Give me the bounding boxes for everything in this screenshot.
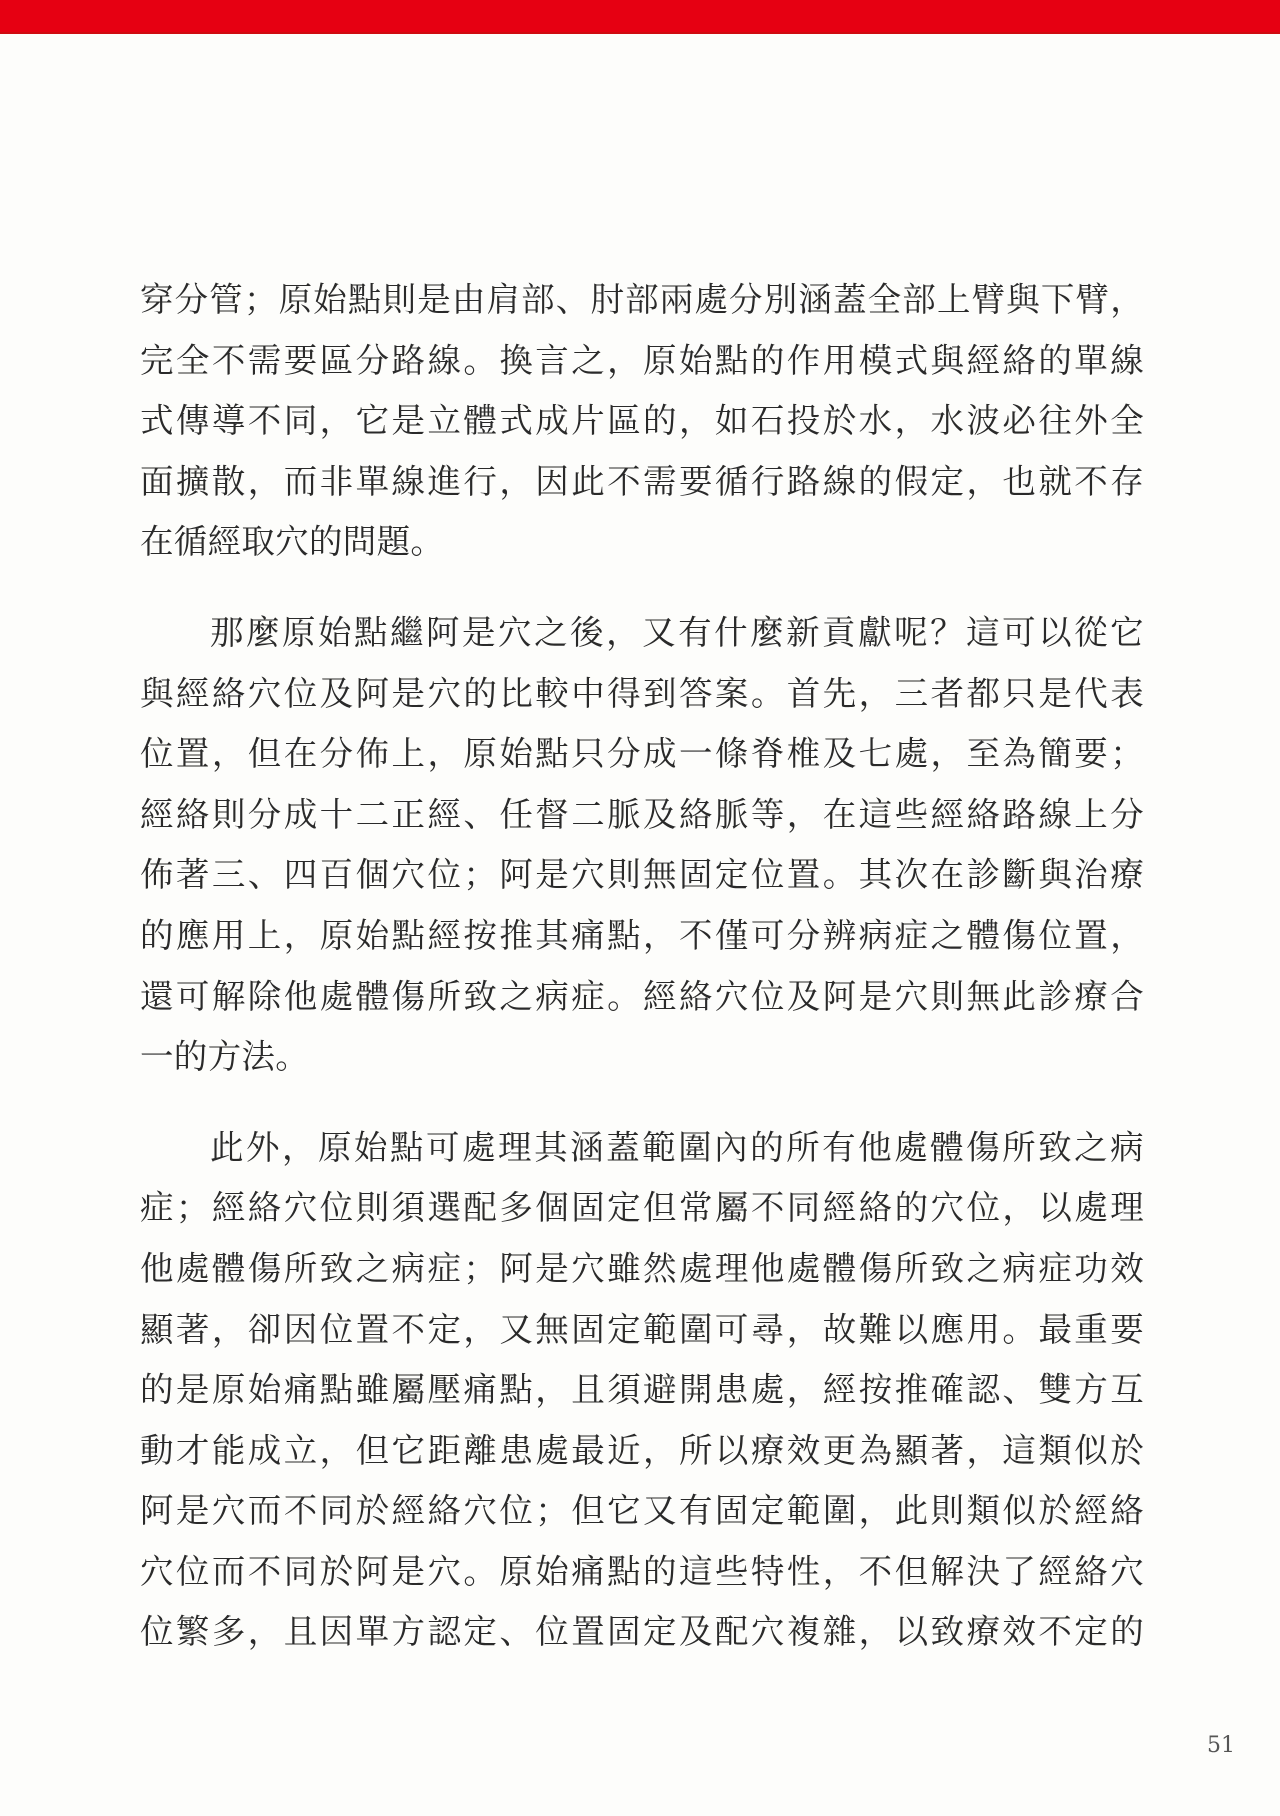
paragraph-3: 此外，原始點可處理其涵蓋範圍內的所有他處體傷所致之病 症；經絡穴位則須選配多個固… [140,1118,1144,1663]
paragraph-1: 穿分管；原始點則是由肩部、肘部兩處分別涵蓋全部上臂與下臂， 完全不需要區分路線。… [140,270,1144,573]
text-line: 面擴散，而非單線進行，因此不需要循行路線的假定，也就不存 [140,452,1144,513]
text-line: 穿分管；原始點則是由肩部、肘部兩處分別涵蓋全部上臂與下臂， [140,270,1144,331]
text-line: 穴位而不同於阿是穴。原始痛點的這些特性，不但解決了經絡穴 [140,1542,1144,1603]
text-line: 經絡則分成十二正經、任督二脈及絡脈等，在這些經絡路線上分 [140,785,1144,846]
text-line: 那麼原始點繼阿是穴之後，又有什麼新貢獻呢？這可以從它 [140,603,1144,664]
page-number: 51 [1207,1733,1235,1758]
text-line: 位置，但在分佈上，原始點只分成一條脊椎及七處，至為簡要； [140,724,1144,785]
text-line: 的是原始痛點雖屬壓痛點，且須避開患處，經按推確認、雙方互 [140,1360,1144,1421]
text-line: 症；經絡穴位則須選配多個固定但常屬不同經絡的穴位，以處理 [140,1178,1144,1239]
text-line: 顯著，卻因位置不定，又無固定範圍可尋，故難以應用。最重要 [140,1300,1144,1361]
text-line: 還可解除他處體傷所致之病症。經絡穴位及阿是穴則無此診療合 [140,967,1144,1028]
text-line: 此外，原始點可處理其涵蓋範圍內的所有他處體傷所致之病 [140,1118,1144,1179]
text-line: 他處體傷所致之病症；阿是穴雖然處理他處體傷所致之病症功效 [140,1239,1144,1300]
text-line: 動才能成立，但它距離患處最近，所以療效更為顯著，這類似於 [140,1421,1144,1482]
text-line: 的應用上，原始點經按推其痛點，不僅可分辨病症之體傷位置， [140,906,1144,967]
paragraph-2: 那麼原始點繼阿是穴之後，又有什麼新貢獻呢？這可以從它 與經絡穴位及阿是穴的比較中… [140,603,1144,1088]
text-line: 阿是穴而不同於經絡穴位；但它又有固定範圍，此則類似於經絡 [140,1481,1144,1542]
text-line: 佈著三、四百個穴位；阿是穴則無固定位置。其次在診斷與治療 [140,845,1144,906]
text-line: 與經絡穴位及阿是穴的比較中得到答案。首先，三者都只是代表 [140,664,1144,725]
text-line: 一的方法。 [140,1027,1144,1088]
text-line: 完全不需要區分路線。換言之，原始點的作用模式與經絡的單線 [140,331,1144,392]
text-line: 在循經取穴的問題。 [140,512,1144,573]
text-line: 式傳導不同，它是立體式成片區的，如石投於水，水波必往外全 [140,391,1144,452]
page-body: 穿分管；原始點則是由肩部、肘部兩處分別涵蓋全部上臂與下臂， 完全不需要區分路線。… [140,270,1144,1663]
text-line: 位繁多，且因單方認定、位置固定及配穴複雜，以致療效不定的 [140,1602,1144,1663]
header-color-bar [0,0,1280,34]
